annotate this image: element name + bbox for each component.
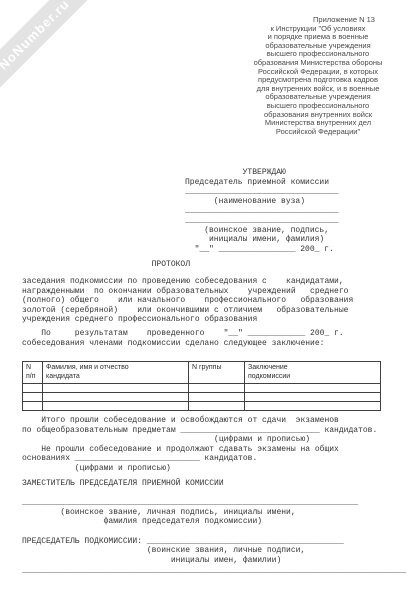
table-cell — [23, 384, 43, 393]
table-row — [23, 393, 381, 402]
table-cell — [43, 402, 189, 411]
approval-block: УТВЕРЖДАЮ Председатель приемной комиссии… — [185, 168, 339, 254]
col-header-number: N п/п — [23, 362, 43, 384]
appendix-header-line: Российской Федерации" — [236, 128, 400, 137]
table-cell — [245, 384, 381, 393]
table-cell — [43, 384, 189, 393]
bottom-rule: ________________________________________… — [22, 566, 406, 576]
watermark: NoNumber.ru — [0, 0, 170, 170]
table-row — [23, 384, 381, 393]
protocol-description: заседания подкомиссии по проведению собе… — [22, 277, 353, 325]
candidates-table: N п/п Фамилия, имя и отчество кандидата … — [22, 361, 381, 411]
signatures-block: ЗАМЕСТИТЕЛЬ ПРЕДСЕДАТЕЛЯ ПРИЕМНОЙ КОМИСС… — [22, 479, 358, 565]
table-cell — [245, 402, 381, 411]
document-page: NoNumber.ru Приложение N 13 к Инструкции… — [0, 0, 420, 600]
table-row — [23, 402, 381, 411]
table-cell — [189, 393, 245, 402]
totals-block: Итого прошли собеседование и освобождают… — [22, 416, 377, 474]
watermark-text: NoNumber.ru — [0, 0, 72, 73]
table-header-row: N п/п Фамилия, имя и отчество кандидата … — [23, 362, 381, 384]
appendix-header: Приложение N 13 к Инструкции "Об условия… — [236, 16, 400, 136]
col-header-group: N группы — [189, 362, 245, 384]
watermark-band: NoNumber.ru — [0, 0, 128, 129]
table-cell — [23, 402, 43, 411]
table-cell — [23, 393, 43, 402]
col-header-conclusion: Заключение подкомиссии — [245, 362, 381, 384]
table-cell — [189, 402, 245, 411]
table-cell — [43, 393, 189, 402]
table-cell — [189, 384, 245, 393]
col-header-name: Фамилия, имя и отчество кандидата — [43, 362, 189, 384]
protocol-results: По результатам проведенного "__" _______… — [22, 329, 344, 348]
protocol-title: ПРОТОКОЛ — [22, 260, 190, 270]
table-cell — [245, 393, 381, 402]
